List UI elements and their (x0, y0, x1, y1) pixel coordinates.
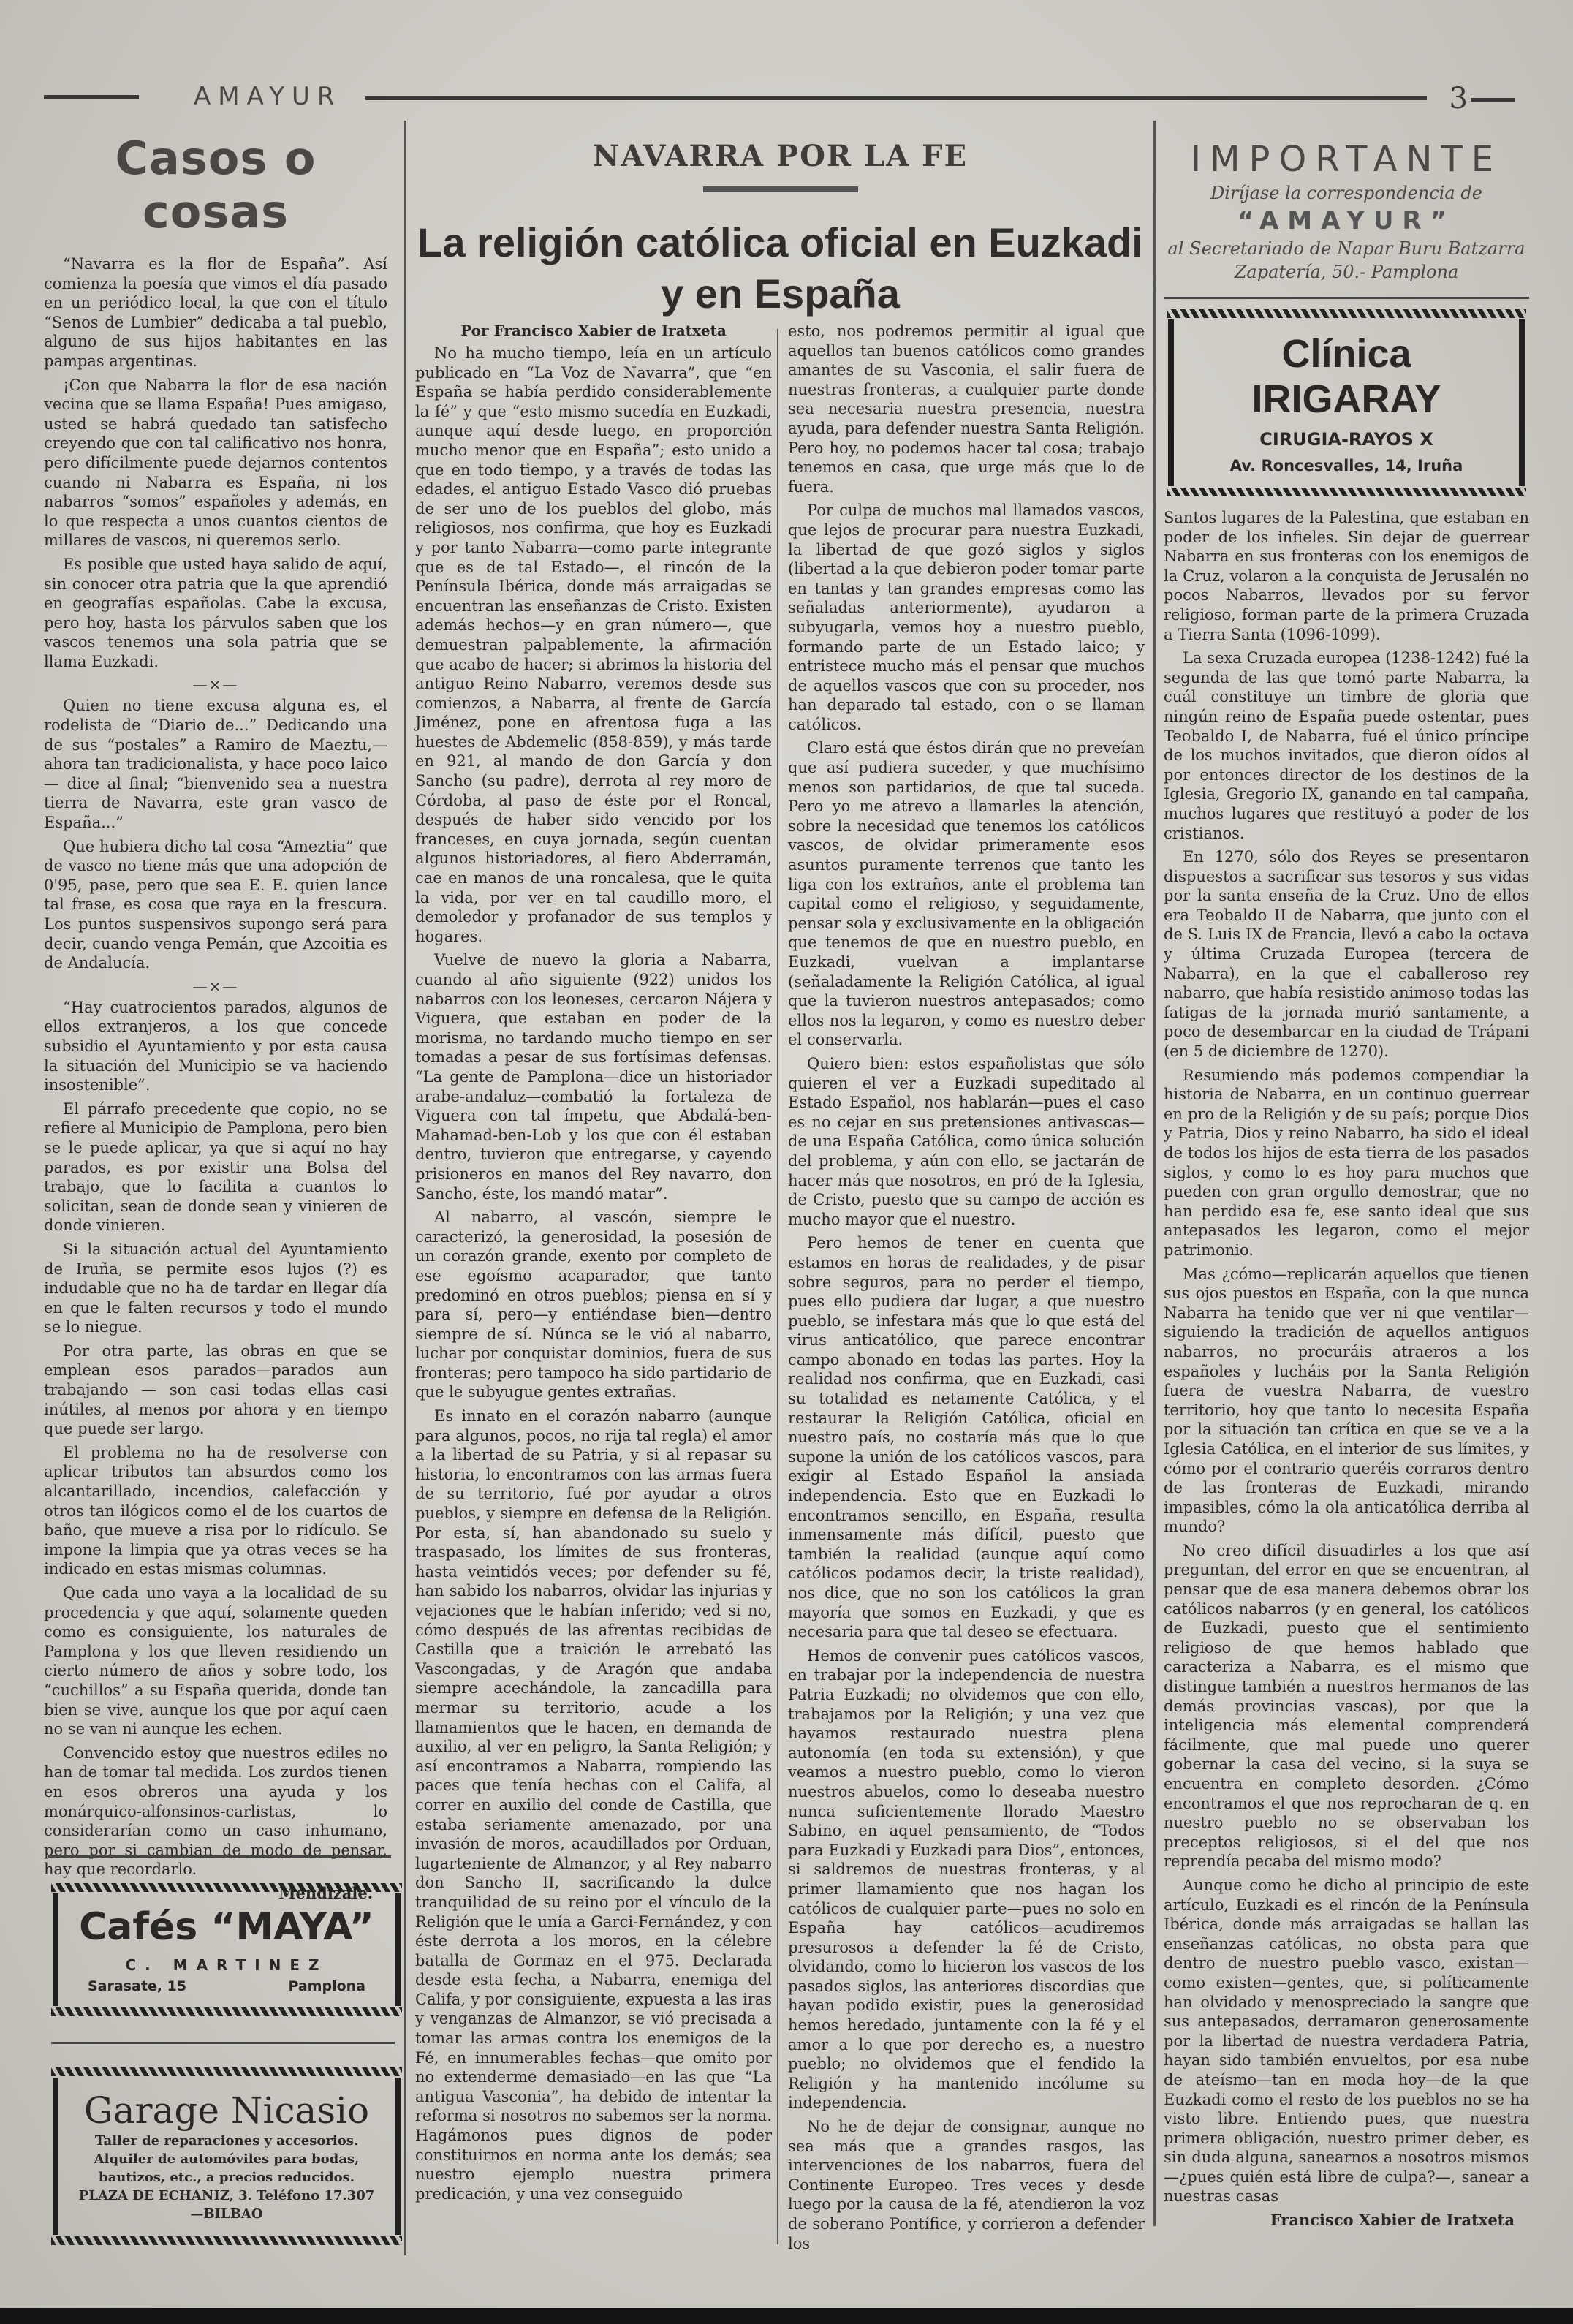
paragraph: Que hubiera dicho tal cosa “Ameztia” que… (44, 837, 387, 973)
paragraph: En 1270, sólo dos Reyes se presentaron d… (1164, 847, 1529, 1061)
page-number: 3 (1449, 82, 1468, 116)
paragraph: Aunque como he dicho al principio de est… (1164, 1876, 1529, 2206)
paragraph: Quien no tiene excusa alguna es, el rode… (44, 696, 387, 832)
notice-address: Zapatería, 50.- Pamplona (1164, 262, 1529, 282)
masthead: AMAYUR 3 (44, 82, 1515, 111)
notice-line: al Secretariado de Napar Buru Batzarra (1164, 238, 1529, 259)
notice-line: Diríjase la correspondencia de (1164, 183, 1529, 203)
article-headline: La religión católica oficial en Euzkadi … (415, 217, 1146, 319)
paragraph: No ha mucho tiempo, leía en un artículo … (415, 344, 772, 946)
masthead-rule-right (1471, 98, 1515, 102)
paragraph: Es posible que usted haya salido de aquí… (44, 555, 387, 672)
ad-title: Clínica IRIGARAY (1189, 331, 1504, 422)
ad-city: Pamplona (288, 1978, 365, 1994)
paragraph: “Hay cuatrocientos parados, algunos de e… (44, 998, 387, 1095)
column-rule-1 (404, 121, 406, 2255)
divider (48, 1855, 391, 1858)
paragraph: Mas ¿cómo—replicarán aquellos que tienen… (1164, 1265, 1529, 1537)
paragraph: No he de dejar de consignar, aunque no s… (788, 2117, 1145, 2253)
scan-edge (0, 2308, 1573, 2324)
article-title-casos-o-cosas: Casos o cosas (44, 132, 387, 238)
ad-title: Cafés “MAYA” (73, 1905, 380, 1949)
article-kicker: NAVARRA POR LA FE (413, 139, 1148, 173)
paragraph: Si la situación actual del Ayuntamiento … (44, 1240, 387, 1337)
notice-importante: IMPORTANTE Diríjase la correspondencia d… (1164, 139, 1529, 282)
paragraph: Resumiendo más podemos compendiar la his… (1164, 1066, 1529, 1260)
paragraph: Santos lugares de la Palestina, que esta… (1164, 508, 1529, 644)
ad-garage-nicasio: Garage Nicasio Taller de reparaciones y … (53, 2078, 401, 2235)
paragraph: Es innato en el corazón nabarro (aunque … (415, 1407, 772, 2203)
paragraph: Por otra parte, las obras en que se empl… (44, 1341, 387, 1439)
divider (51, 2042, 395, 2044)
center-article-header: NAVARRA POR LA FE La religión católica o… (413, 139, 1148, 319)
newspaper-page: AMAYUR 3 Casos o cosas “Navarra es la fl… (0, 0, 1573, 2324)
paragraph: El párrafo precedente que copio, no se r… (44, 1099, 387, 1235)
masthead-rule (365, 96, 1427, 100)
divider (1164, 297, 1529, 299)
section-separator: —×— (44, 977, 387, 995)
paragraph: Que cada uno vaya a la localidad de su p… (44, 1583, 387, 1739)
paragraph: No creo difícil disuadirles a los que as… (1164, 1541, 1529, 1871)
ad-title: Garage Nicasio (73, 2089, 380, 2132)
column-rule-2 (1153, 121, 1156, 2226)
paragraph: Claro está que éstos dirán que no preveí… (788, 738, 1145, 1050)
ad-line: bautizos, etc., a precios reducidos. (73, 2168, 380, 2187)
left-column-casos-o-cosas: Casos o cosas “Navarra es la flor de Esp… (44, 132, 387, 1902)
ad-address-line: PLAZA DE ECHANIZ, 3. Teléfono 17.307—BIL… (73, 2187, 380, 2223)
paragraph: El problema no ha de resolverse con apli… (44, 1443, 387, 1579)
article-byline: Por Francisco Xabier de Iratxeta (415, 322, 772, 339)
center-column-b: esto, nos podremos permitir al igual que… (788, 322, 1145, 2257)
ad-address: Av. Roncesvalles, 14, Iruña (1189, 457, 1504, 474)
paragraph: Al nabarro, al vascón, siempre le caract… (415, 1208, 772, 1402)
notice-title: IMPORTANTE (1164, 139, 1529, 180)
paragraph: esto, nos podremos permitir al igual que… (788, 322, 1145, 496)
paragraph: “Navarra es la flor de España”. Así comi… (44, 254, 387, 371)
center-column-a: Por Francisco Xabier de Iratxeta No ha m… (415, 322, 772, 2208)
section-separator: —×— (44, 675, 387, 693)
paragraph: Hemos de convenir pues católicos vascos,… (788, 1646, 1145, 2113)
ad-address: Sarasate, 15 (88, 1978, 186, 1994)
paragraph: ¡Con que Nabarra la flor de esa nación v… (44, 376, 387, 550)
ad-subtitle: CIRUGIA-RAYOS X (1189, 429, 1504, 450)
paragraph: Pero hemos de tener en cuenta que estamo… (788, 1233, 1145, 1641)
ad-owner: C. MARTINEZ (73, 1956, 380, 1974)
right-column: IMPORTANTE Diríjase la correspondencia d… (1164, 139, 1529, 2229)
ad-line: Taller de reparaciones y accesorios. (73, 2132, 380, 2150)
ad-address-row: Sarasate, 15 Pamplona (73, 1978, 380, 1994)
ad-line: Alquiler de automóviles para bodas, (73, 2150, 380, 2168)
notice-newspaper-name: “AMAYUR” (1164, 206, 1529, 235)
paragraph: Por culpa de muchos mal llamados vascos,… (788, 501, 1145, 734)
masthead-rule-left (44, 95, 139, 99)
kicker-rule (703, 186, 858, 192)
paragraph: La sexa Cruzada europea (1238-1242) fué … (1164, 648, 1529, 843)
column-rule-center (777, 329, 778, 2244)
ad-cafes-maya: Cafés “MAYA” C. MARTINEZ Sarasate, 15 Pa… (53, 1893, 401, 2006)
newspaper-name: AMAYUR (194, 82, 342, 111)
ad-clinica-irigaray: Clínica IRIGARAY CIRUGIA-RAYOS X Av. Ron… (1168, 319, 1525, 486)
paragraph: Vuelve de nuevo la gloria a Nabarra, cua… (415, 950, 772, 1203)
paragraph: Quiero bien: estos españolistas que sólo… (788, 1054, 1145, 1229)
article-signature: Francisco Xabier de Iratxeta (1164, 2211, 1515, 2229)
paragraph: Convencido estoy que nuestros ediles no … (44, 1744, 387, 1880)
